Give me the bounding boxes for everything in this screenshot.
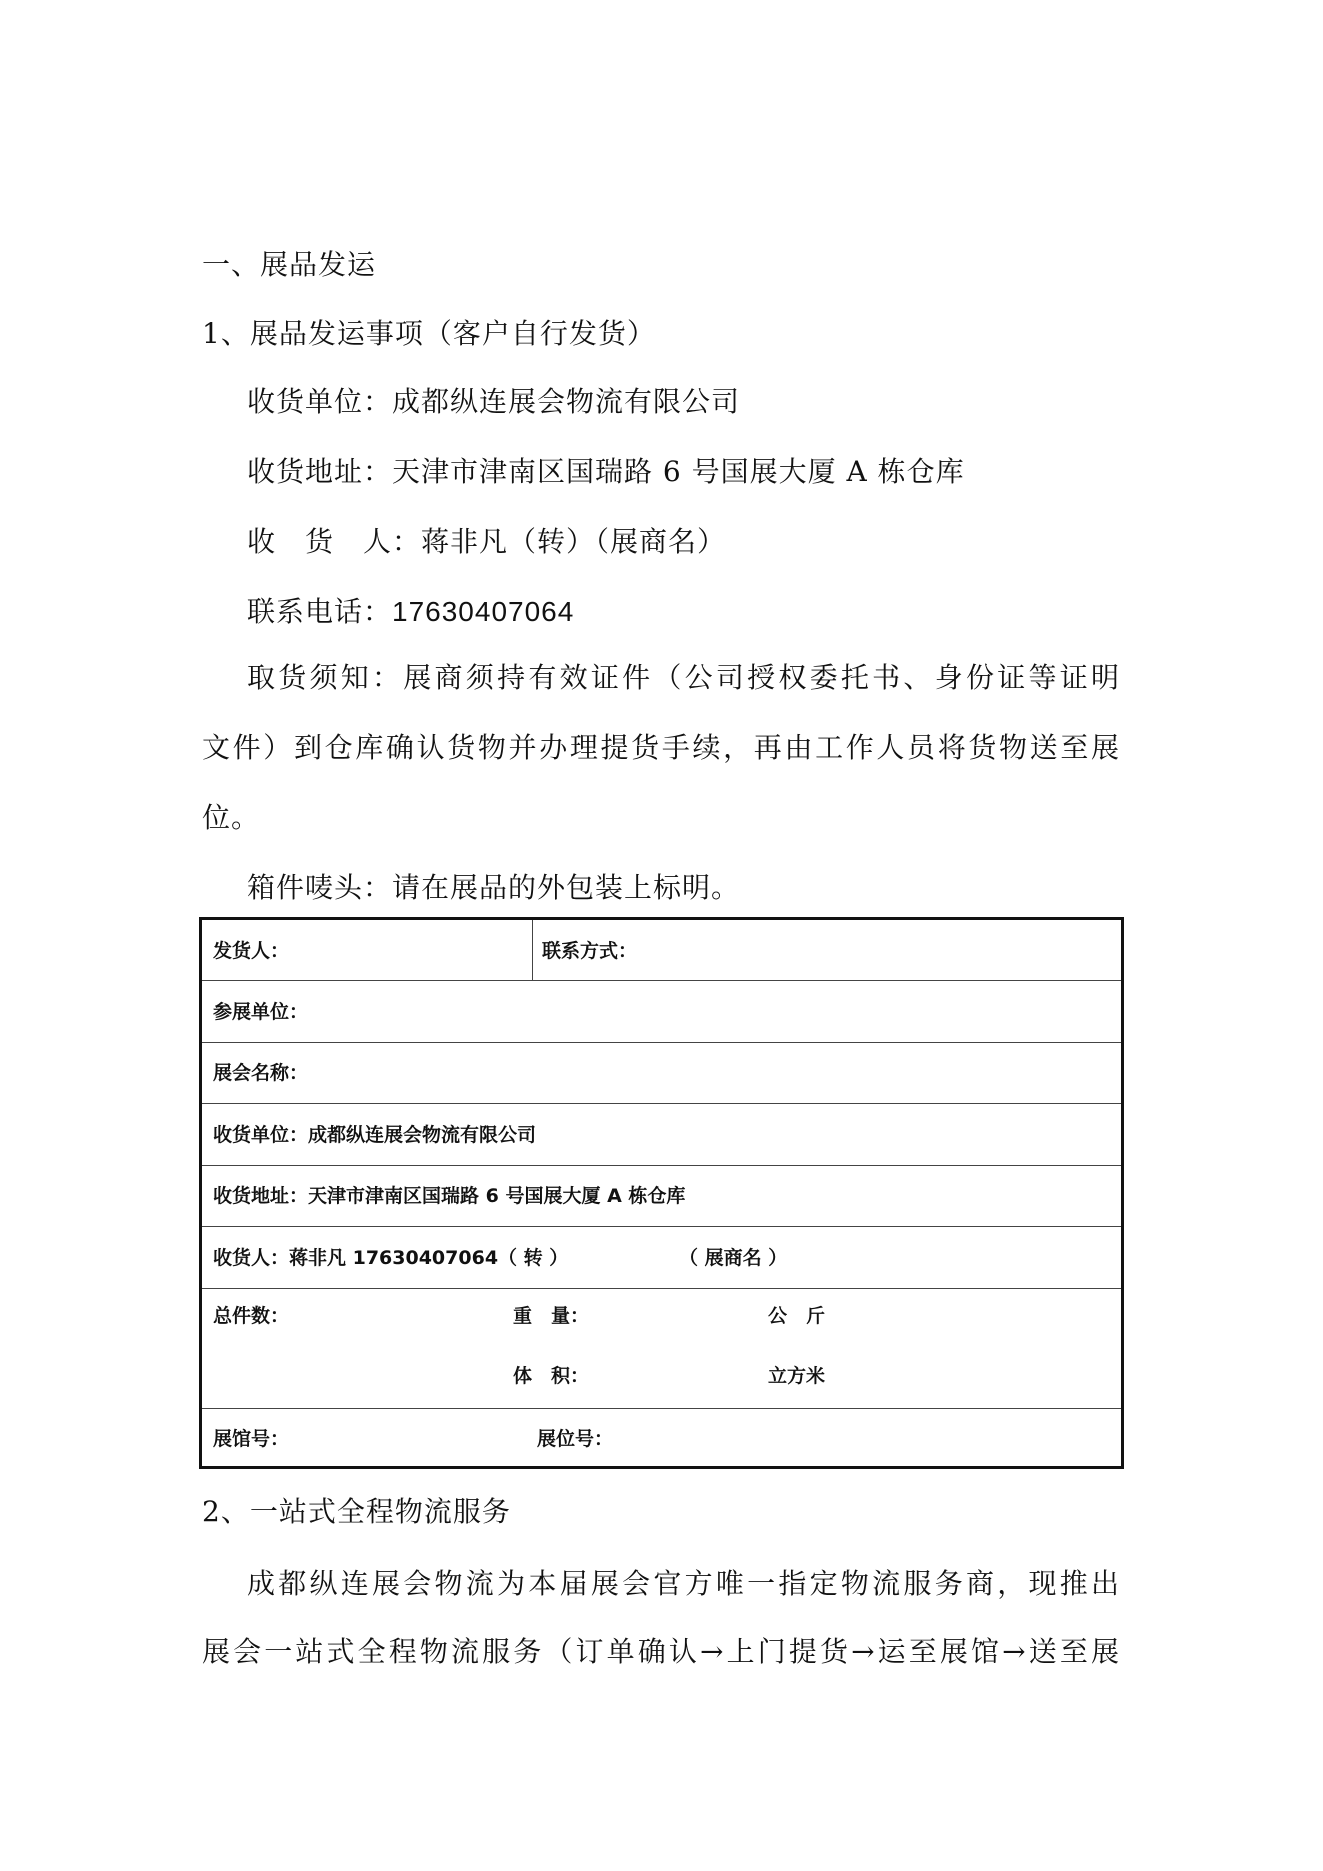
total-pieces-label: 总件数： <box>213 1303 289 1329</box>
exhibitor-label: 参展单位： <box>213 999 308 1025</box>
row-divider <box>202 1165 1121 1166</box>
booth-number-label: 展位号： <box>537 1426 613 1452</box>
row-divider <box>202 1408 1121 1409</box>
section-heading: 一、展品发运 <box>202 245 1122 285</box>
row-divider <box>202 1226 1121 1227</box>
pickup-notice-line-3: 位。 <box>202 798 1122 838</box>
shipping-label-table: 发货人： 联系方式： 参展单位： 展会名称： 收货单位：成都纵连展会物流有限公司… <box>199 917 1124 1469</box>
consignee-unit-row: 收货单位：成都纵连展会物流有限公司 <box>213 1122 536 1148</box>
row-divider <box>202 980 1121 981</box>
field-value: 天津市津南区国瑞路 6 号国展大厦 A 栋仓库 <box>392 455 965 488</box>
row-divider <box>202 1103 1121 1104</box>
field-value: 17630407064 <box>392 596 574 627</box>
subsection-heading-logistics: 2、一站式全程物流服务 <box>202 1492 1122 1532</box>
logistics-paragraph-line-1: 成都纵连展会物流为本届展会官方唯一指定物流服务商，现推出 <box>247 1564 1120 1604</box>
row-divider <box>202 1042 1121 1043</box>
pickup-notice-line-2: 文件）到仓库确认货物并办理提货手续，再由工作人员将货物送至展 <box>202 728 1120 768</box>
logistics-paragraph-line-2: 展会一站式全程物流服务（订单确认→上门提货→运至展馆→送至展 <box>202 1632 1120 1672</box>
field-value: 成都纵连展会物流有限公司 <box>392 385 740 418</box>
volume-label: 体 积： <box>513 1363 589 1389</box>
field-label: 收货地址： <box>247 455 392 488</box>
subsection-heading-shipping: 1、展品发运事项（客户自行发货） <box>202 314 1122 354</box>
consignee-exhibitor-name: （ 展商名 ） <box>679 1245 787 1271</box>
weight-label: 重 量： <box>513 1303 589 1329</box>
field-phone: 联系电话：17630407064 <box>247 592 1167 632</box>
contact-label: 联系方式： <box>542 938 637 964</box>
field-consignee: 收 货 人：蒋非凡（转）（展商名） <box>247 522 1167 562</box>
field-label: 联系电话： <box>247 595 392 628</box>
field-label: 收 货 人： <box>247 525 421 558</box>
field-label: 收货单位： <box>247 385 392 418</box>
row-divider <box>202 1288 1121 1289</box>
field-consignee-address: 收货地址：天津市津南区国瑞路 6 号国展大厦 A 栋仓库 <box>247 452 1167 492</box>
field-value: 蒋非凡（转）（展商名） <box>421 525 726 558</box>
field-consignee-unit: 收货单位：成都纵连展会物流有限公司 <box>247 382 1167 422</box>
column-divider <box>532 920 533 981</box>
exhibition-name-label: 展会名称： <box>213 1060 308 1086</box>
sender-label: 发货人： <box>213 938 289 964</box>
consignee-row: 收货人：蒋非凡 17630407064（ 转 ） <box>213 1245 568 1271</box>
hall-number-label: 展馆号： <box>213 1426 289 1452</box>
pickup-notice-line-1: 取货须知：展商须持有效证件（公司授权委托书、身份证等证明 <box>247 658 1120 698</box>
shipping-mark-note: 箱件唛头：请在展品的外包装上标明。 <box>247 868 1167 908</box>
volume-unit: 立方米 <box>768 1363 825 1389</box>
weight-unit: 公 斤 <box>768 1303 825 1329</box>
consignee-address-row: 收货地址：天津市津南区国瑞路 6 号国展大厦 A 栋仓库 <box>213 1183 685 1209</box>
